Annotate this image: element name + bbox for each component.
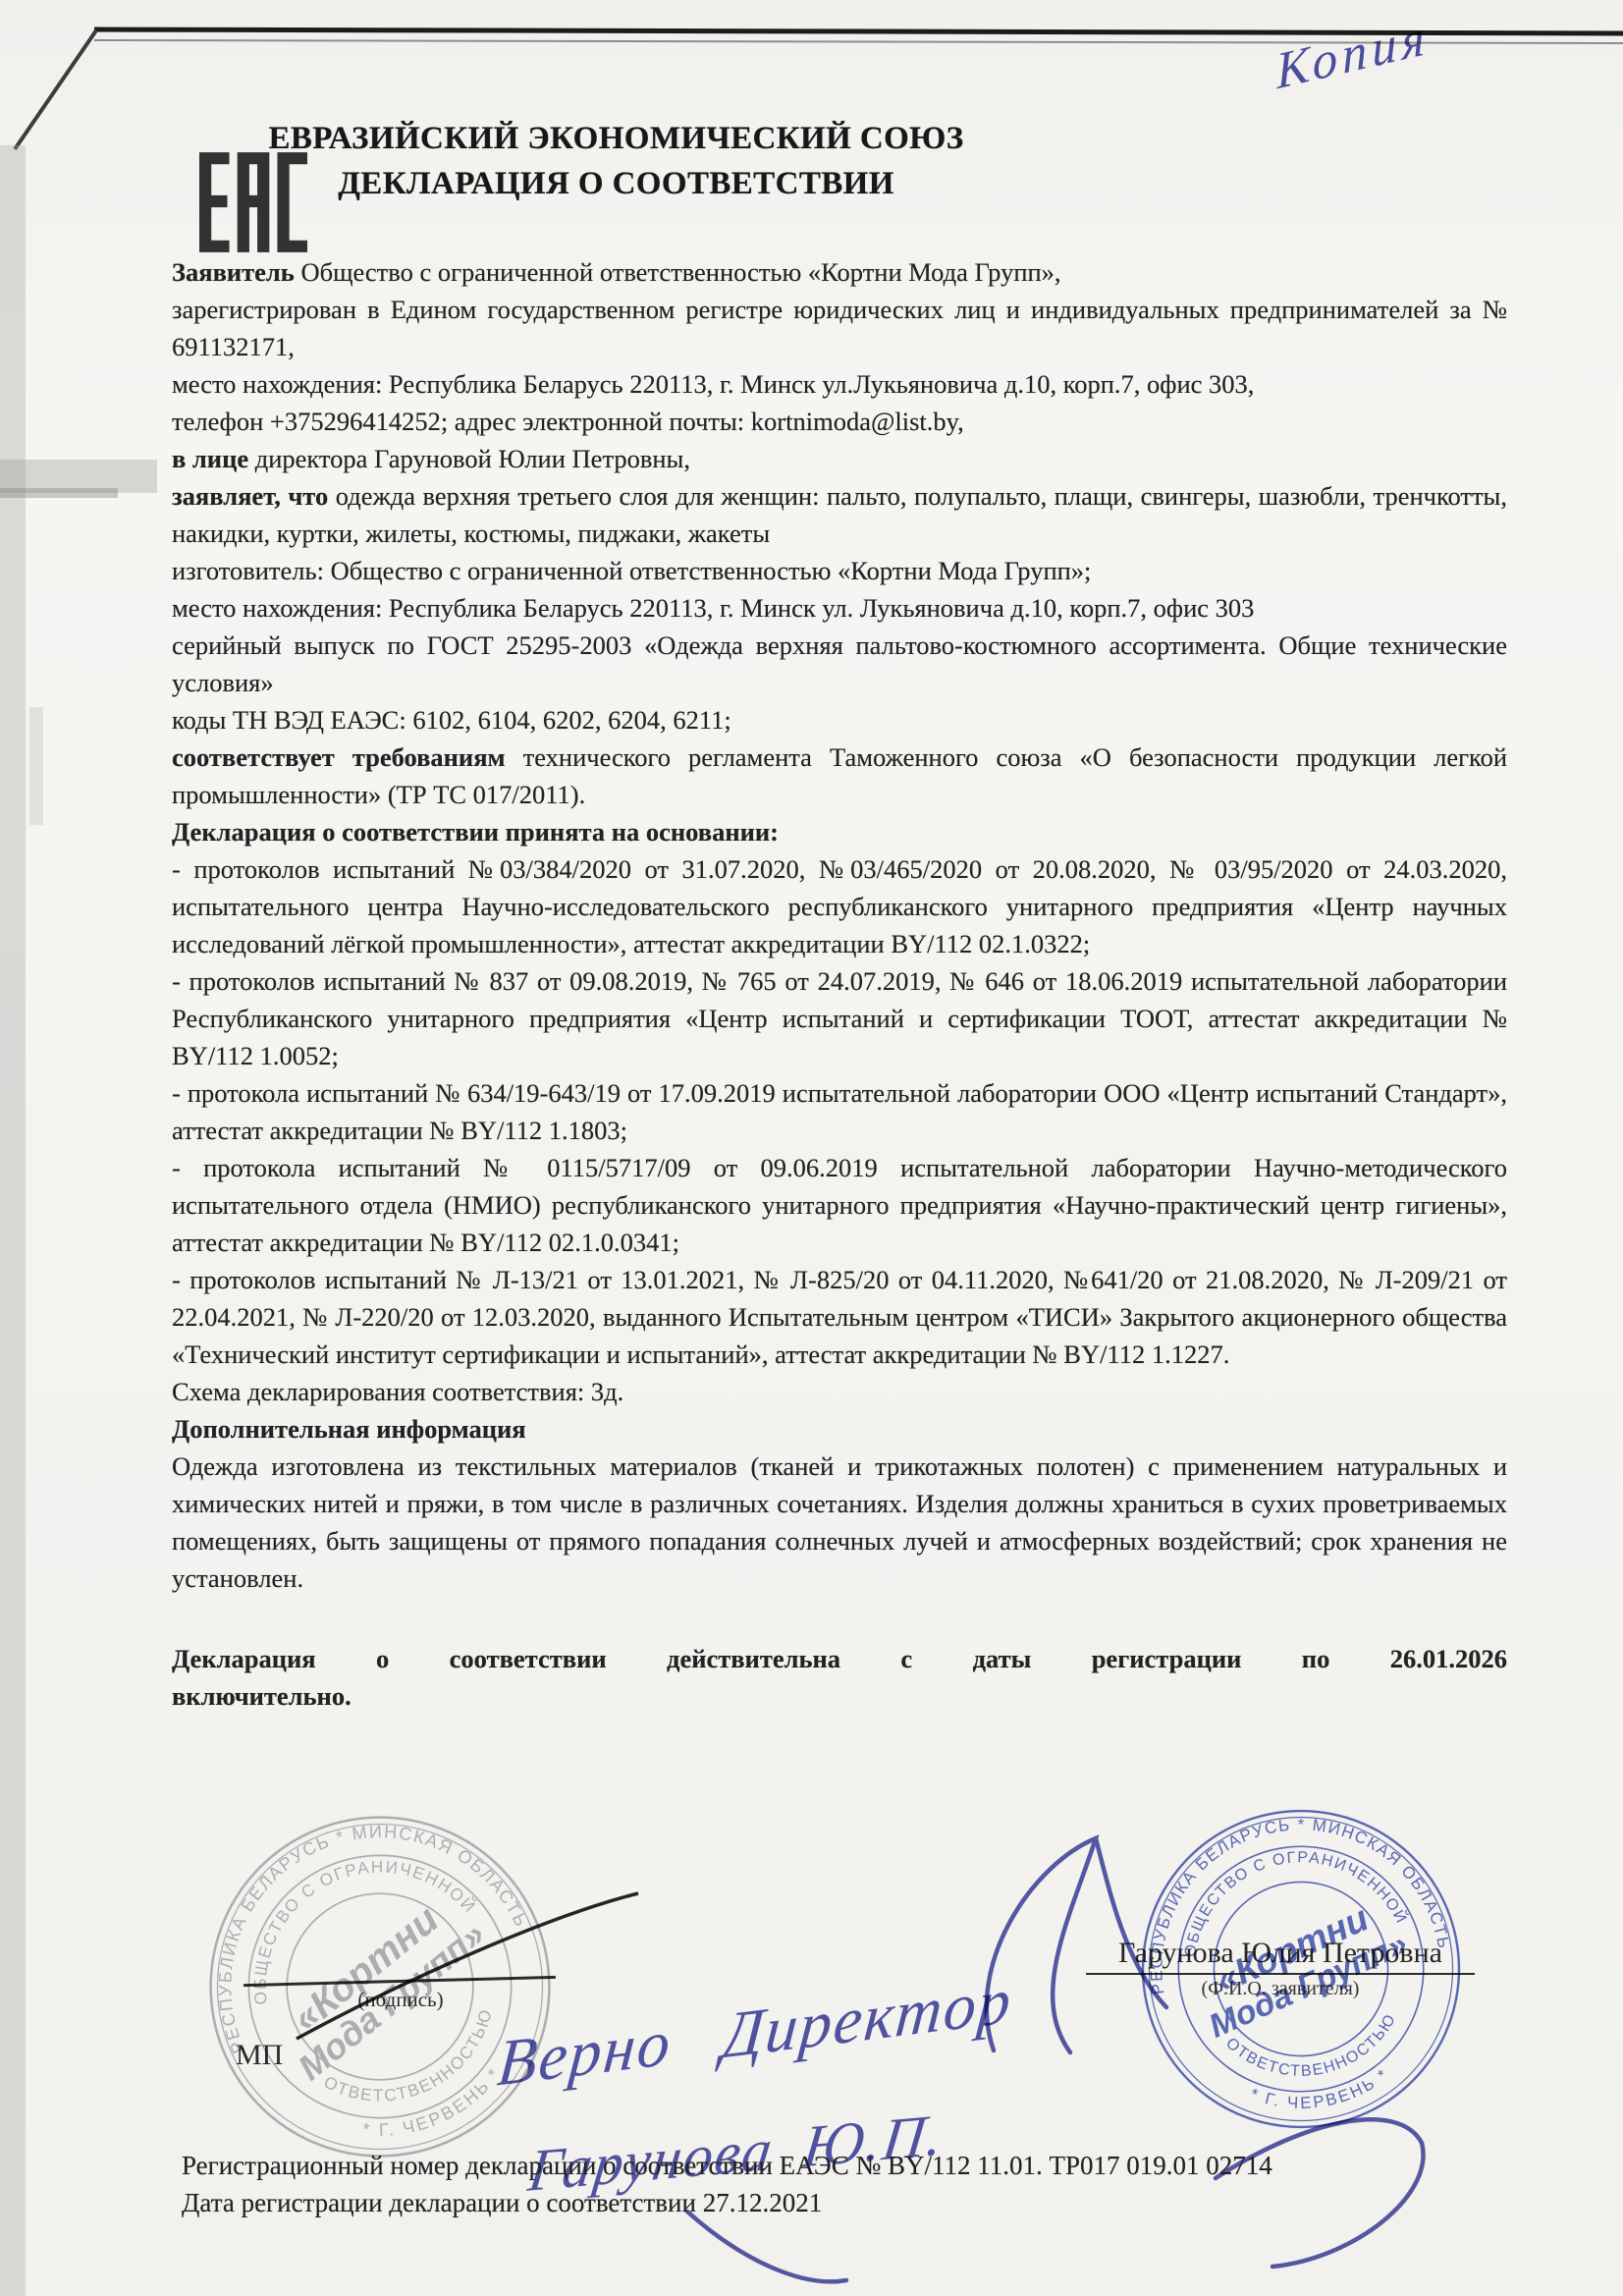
- text-run: заявляет, что: [172, 481, 336, 511]
- text-run: телефон +375296414252; адрес электронной…: [172, 407, 964, 436]
- title-line-union: ЕВРАЗИЙСКИЙ ЭКОНОМИЧЕСКИЙ СОЮЗ: [167, 116, 1065, 161]
- text-run: Общество с ограниченной ответственностью…: [300, 257, 1060, 287]
- document-body: Заявитель Общество с ограниченной ответс…: [172, 253, 1507, 1715]
- paragraph: - протоколов испытаний № 837 от 09.08.20…: [172, 962, 1507, 1074]
- registration-footer: Регистрационный номер декларации о соотв…: [182, 2147, 1596, 2221]
- text-run: Декларация о соответствии действительна …: [172, 1644, 1507, 1673]
- text-run: директора Гаруновой Юлии Петровны,: [255, 444, 690, 473]
- paragraph: Заявитель Общество с ограниченной ответс…: [172, 253, 1507, 291]
- paragraph: Декларация о соответствии принята на осн…: [172, 813, 1507, 850]
- text-run: место нахождения: Республика Беларусь 22…: [172, 593, 1254, 623]
- paragraph: зарегистрирован в Едином государственном…: [172, 291, 1507, 365]
- scan-corner-fold-line: [15, 30, 96, 149]
- text-run: - протоколов испытаний № 837 от 09.08.20…: [172, 966, 1507, 1070]
- text-run: Заявитель: [172, 257, 300, 287]
- paragraph: - протокола испытаний № 0115/5717/09 от …: [172, 1149, 1507, 1261]
- paragraph: соответствует требованиям технического р…: [172, 738, 1507, 813]
- text-run: место нахождения: Республика Беларусь 22…: [172, 369, 1254, 399]
- text-run: Схема декларирования соответствия: 3д.: [172, 1377, 623, 1406]
- paragraph: Декларация о соответствии действительна …: [172, 1640, 1507, 1677]
- document-title: ЕВРАЗИЙСКИЙ ЭКОНОМИЧЕСКИЙ СОЮЗ ДЕКЛАРАЦИ…: [167, 116, 1065, 206]
- text-run: Одежда изготовлена из текстильных матери…: [172, 1451, 1507, 1593]
- text-run: коды ТН ВЭД ЕАЭС: 6102, 6104, 6202, 6204…: [172, 705, 731, 735]
- text-run: - протоколов испытаний №03/384/2020 от 3…: [172, 854, 1507, 958]
- paragraph: - протоколов испытаний № Л-13/21 от 13.0…: [172, 1261, 1507, 1373]
- registration-number-line: Регистрационный номер декларации о соотв…: [182, 2147, 1596, 2184]
- paragraph: включительно.: [172, 1677, 1507, 1715]
- paragraph: место нахождения: Республика Беларусь 22…: [172, 365, 1507, 403]
- paragraph: заявляет, что одежда верхняя третьего сл…: [172, 477, 1507, 552]
- paragraph: телефон +375296414252; адрес электронной…: [172, 403, 1507, 440]
- paragraph: место нахождения: Республика Беларусь 22…: [172, 589, 1507, 627]
- scanned-declaration-page: ЕВРАЗИЙСКИЙ ЭКОНОМИЧЕСКИЙ СОЮЗ ДЕКЛАРАЦИ…: [0, 0, 1623, 2296]
- paragraph: Дополнительная информация: [172, 1410, 1507, 1448]
- text-run: зарегистрирован в Едином государственном…: [172, 295, 1507, 361]
- title-line-declaration: ДЕКЛАРАЦИЯ О СООТВЕТСТВИИ: [167, 161, 1065, 206]
- paragraph: коды ТН ВЭД ЕАЭС: 6102, 6104, 6202, 6204…: [172, 701, 1507, 738]
- paragraph: Схема декларирования соответствия: 3д.: [172, 1373, 1507, 1410]
- text-run: - протокола испытаний № 634/19-643/19 от…: [172, 1078, 1507, 1145]
- scan-left-edge-shadow: [0, 145, 26, 2296]
- text-run: - протокола испытаний № 0115/5717/09 от …: [172, 1153, 1507, 1257]
- text-run: изготовитель: Общество с ограниченной от…: [172, 556, 1091, 585]
- paragraph: - протоколов испытаний №03/384/2020 от 3…: [172, 850, 1507, 962]
- paragraph: Одежда изготовлена из текстильных матери…: [172, 1448, 1507, 1597]
- text-run: - протоколов испытаний № Л-13/21 от 13.0…: [172, 1265, 1507, 1369]
- scan-left-streak: [0, 460, 157, 493]
- paragraph: в лице директора Гаруновой Юлии Петровны…: [172, 440, 1507, 477]
- text-run: соответствует требованиям: [172, 742, 523, 772]
- text-run: Декларация о соответствии принята на осн…: [172, 817, 779, 847]
- paragraph: изготовитель: Общество с ограниченной от…: [172, 552, 1507, 589]
- scan-left-streak-3: [29, 707, 43, 825]
- company-stamp-blue: РЕСПУБЛИКА БЕЛАРУСЬ * МИНСКАЯ ОБЛАСТЬ * …: [1111, 1779, 1491, 2159]
- handwritten-copy-note: Копия: [1274, 8, 1431, 102]
- paragraph: - протокола испытаний № 634/19-643/19 от…: [172, 1074, 1507, 1149]
- text-run: серийный выпуск по ГОСТ 25295-2003 «Одеж…: [172, 630, 1507, 697]
- paragraph: серийный выпуск по ГОСТ 25295-2003 «Одеж…: [172, 627, 1507, 701]
- text-run: Дополнительная информация: [172, 1414, 526, 1444]
- signature-flourish-tail: [687, 2212, 846, 2281]
- registration-date-line: Дата регистрации декларации о соответств…: [182, 2184, 1596, 2221]
- text-run: одежда верхняя третьего слоя для женщин:…: [172, 481, 1507, 548]
- text-run: в лице: [172, 444, 255, 473]
- text-run: включительно.: [172, 1681, 352, 1711]
- scan-left-streak-2: [0, 488, 118, 498]
